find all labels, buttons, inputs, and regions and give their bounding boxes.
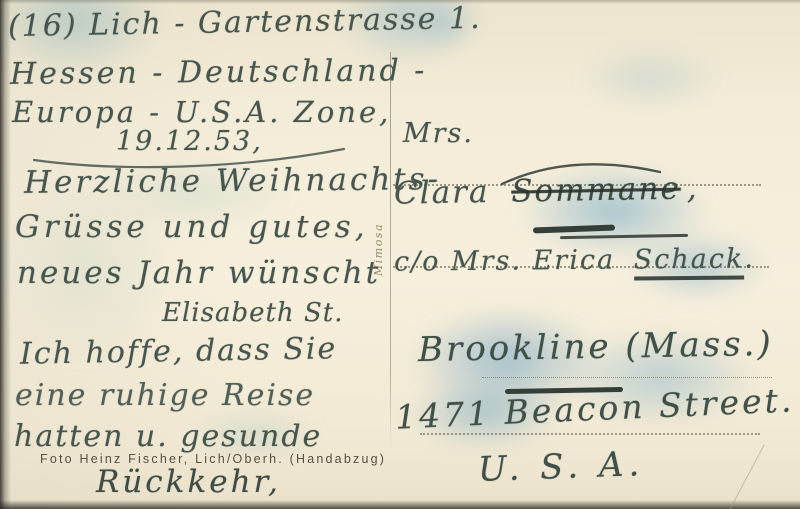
address-country-line: U. S. A. xyxy=(477,447,644,487)
greeting-line-1: Herzliche Weihnachts- xyxy=(24,164,441,199)
postcard-back: Mimosa (16) Lich - Gartenstrasse 1. Hess… xyxy=(0,0,800,509)
body-line-3: hatten u. gesunde xyxy=(14,422,322,452)
cross-out-arc xyxy=(500,160,690,190)
photographer-caption: Foto Heinz Fischer, Lich/Oberh. (Handabz… xyxy=(40,452,386,466)
greeting-line-2: Grüsse und gutes, xyxy=(15,212,369,243)
signature-line: Elisabeth St. xyxy=(162,300,343,326)
address-street-line: 1471 Beacon Street. xyxy=(394,383,795,433)
ink-stain xyxy=(555,35,745,120)
care-of-period: . xyxy=(744,243,755,274)
greeting-line-3: neues Jahr wünscht xyxy=(17,258,381,289)
care-of-prefix: c/o Mrs. Erica xyxy=(394,245,615,278)
address-first-name: Clara xyxy=(394,174,490,212)
scan-edge-shadow-bottom xyxy=(0,500,800,509)
body-line-1: Ich hoffe, dass Sie xyxy=(20,334,338,370)
sender-region-line: Hessen - Deutschland - xyxy=(10,56,428,90)
cross-out-stroke xyxy=(560,234,688,239)
care-of-line: c/o Mrs. Erica Schack. xyxy=(394,245,755,275)
sender-location-line: (16) Lich - Gartenstrasse 1. xyxy=(8,4,482,42)
crease-line xyxy=(726,444,764,509)
address-title: Mrs. xyxy=(403,120,474,147)
sender-zone-line: Europa - U.S.A. Zone, xyxy=(12,98,391,127)
cross-out-stroke xyxy=(533,225,615,234)
address-city-line: Brookline (Mass.) xyxy=(418,327,774,367)
body-line-4: Rückkehr, xyxy=(96,467,281,498)
care-of-surname-underlined: Schack xyxy=(634,244,745,281)
address-dotted-line-3 xyxy=(482,377,772,378)
body-line-2: eine ruhige Reise xyxy=(15,381,315,411)
